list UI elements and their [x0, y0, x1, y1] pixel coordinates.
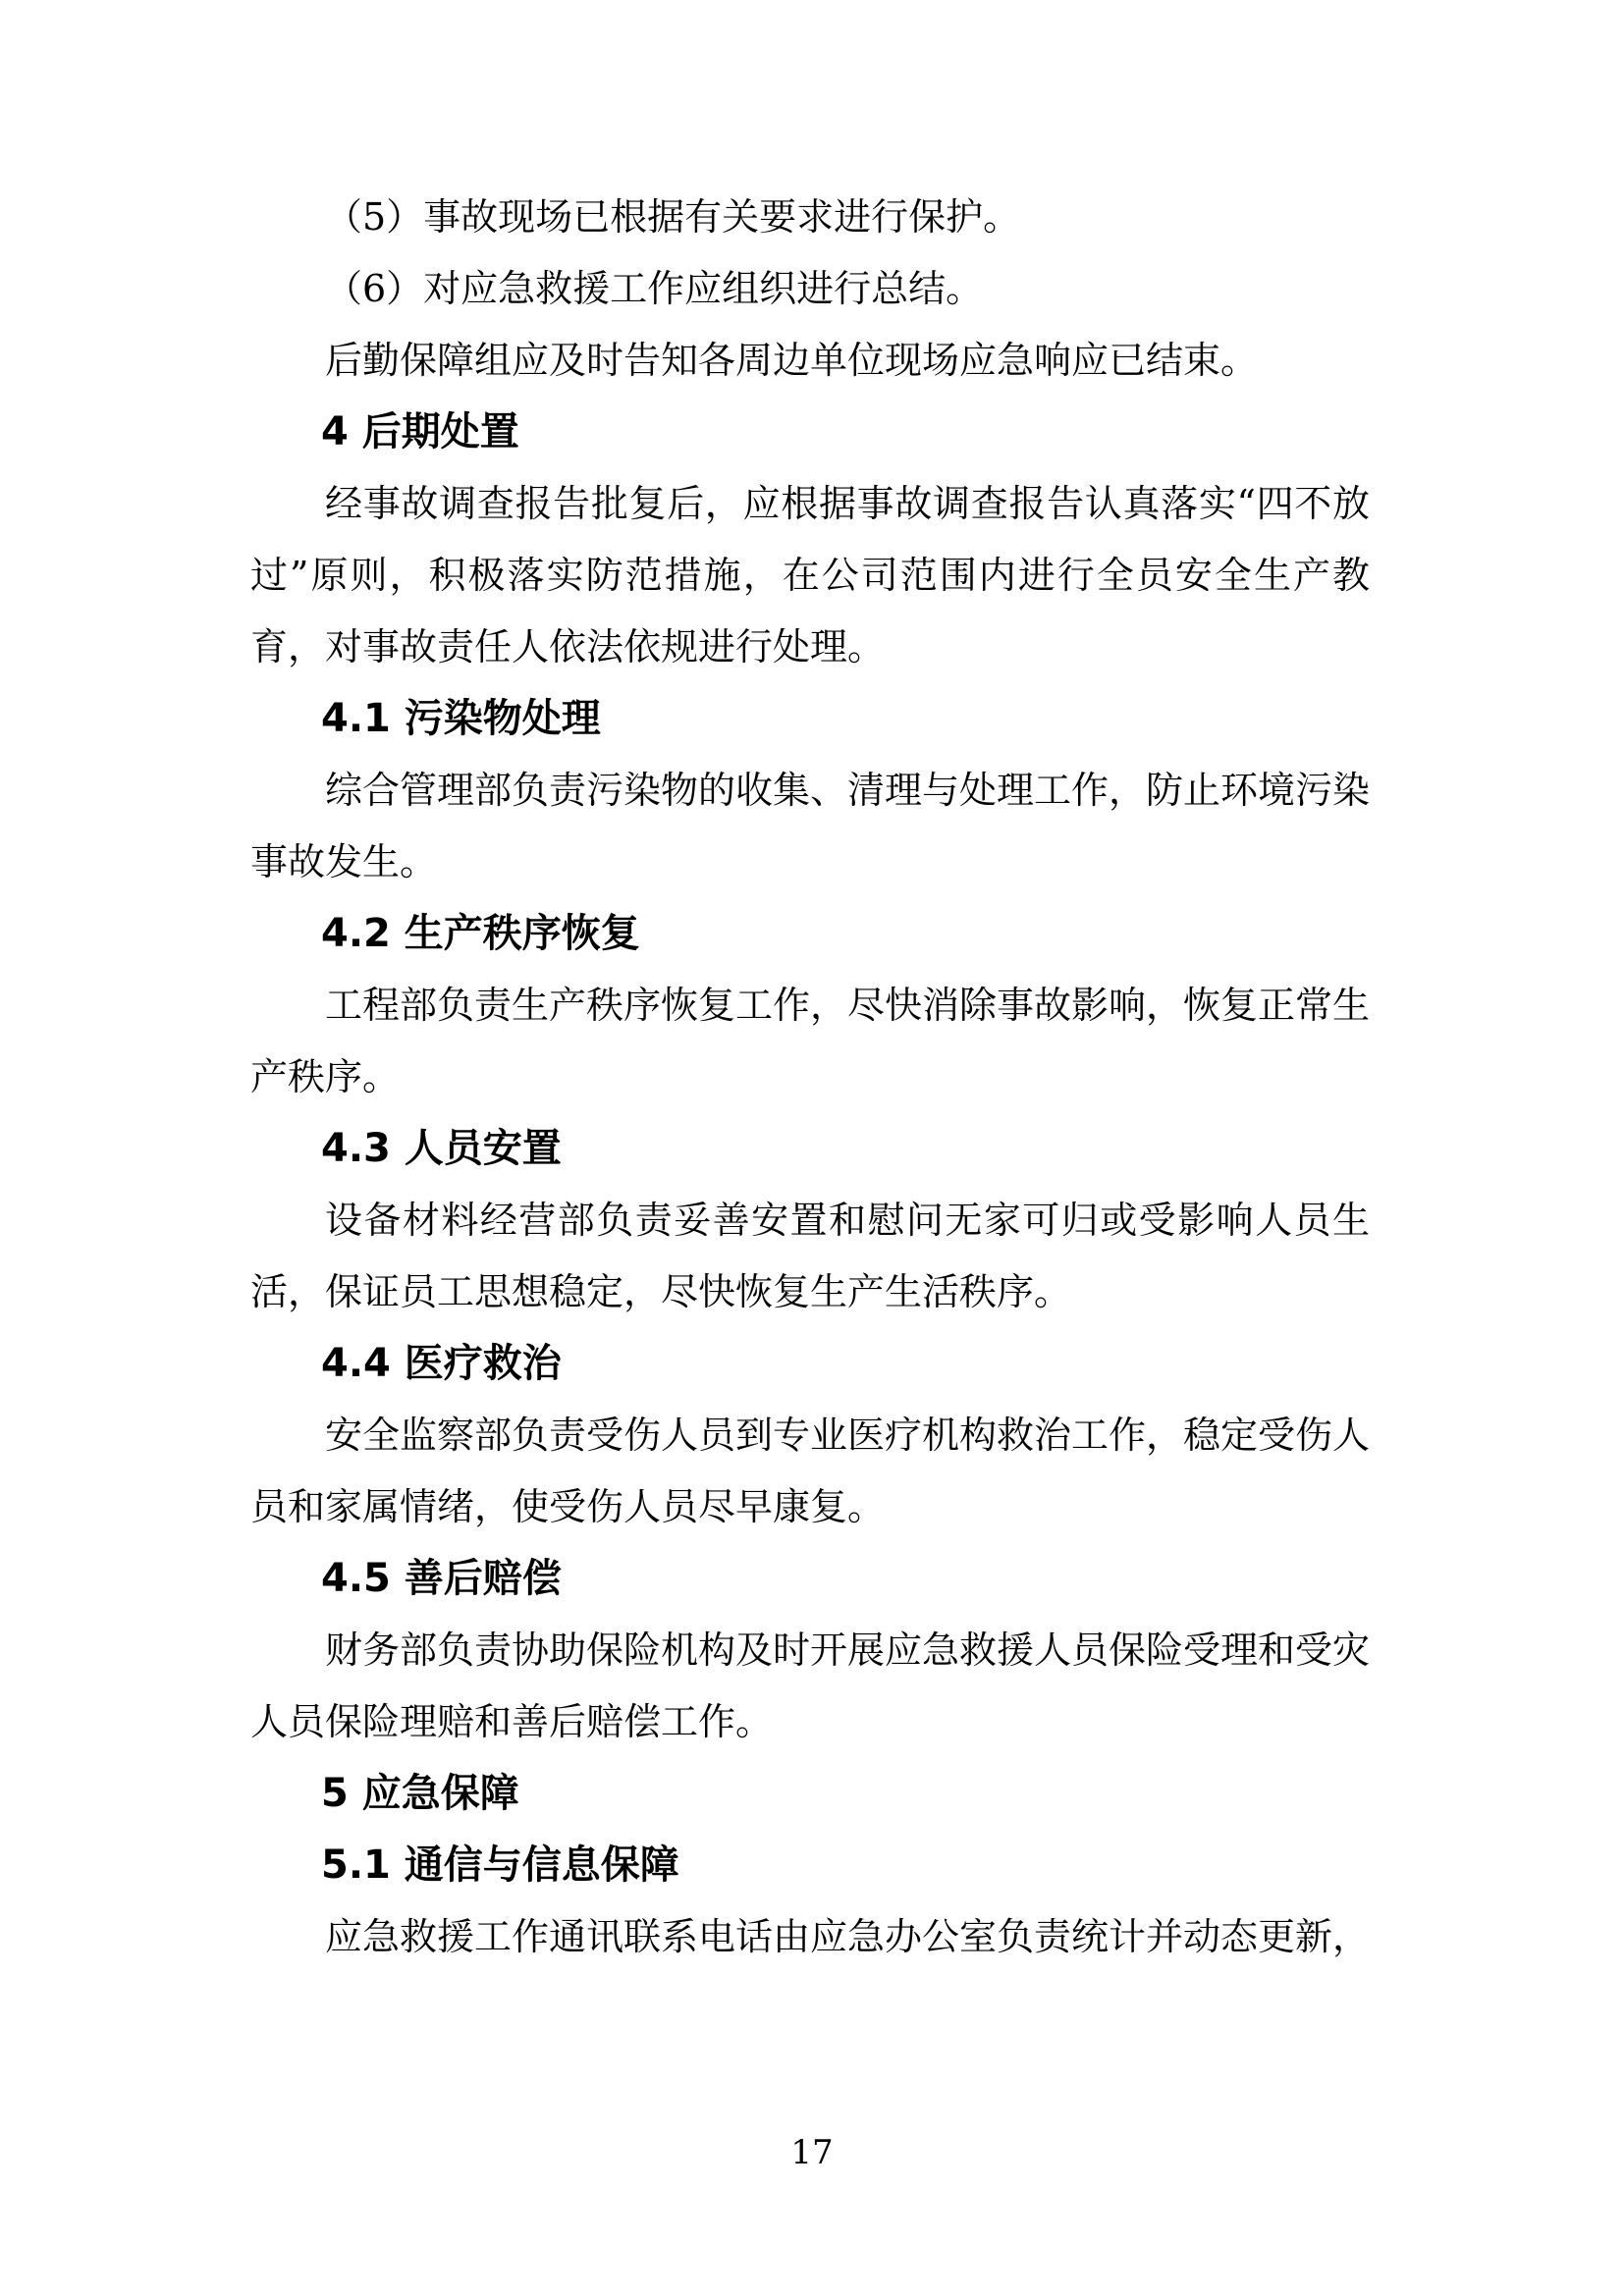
body-paragraph: 后勤保障组应及时告知各周边单位现场应急响应已结束。 — [250, 325, 1370, 397]
body-paragraph: （5）事故现场已根据有关要求进行保护。 — [250, 182, 1370, 253]
body-paragraph: 安全监察部负责受伤人员到专业医疗机构救治工作，稳定受伤人员和家属情绪，使受伤人员… — [250, 1400, 1370, 1543]
body-paragraph: 综合管理部负责污染物的收集、清理与处理工作，防止环境污染事故发生。 — [250, 755, 1370, 898]
section-heading: 4.5 善后赔偿 — [250, 1543, 1370, 1615]
body-paragraph: （6）对应急救援工作应组织进行总结。 — [250, 253, 1370, 325]
section-heading: 4 后期处置 — [250, 397, 1370, 468]
body-paragraph: 应急救援工作通讯联系电话由应急办公室负责统计并动态更新， — [250, 1901, 1370, 1973]
document-page: （5）事故现场已根据有关要求进行保护。（6）对应急救援工作应组织进行总结。后勤保… — [0, 0, 1624, 2296]
body-paragraph: 工程部负责生产秩序恢复工作，尽快消除事故影响，恢复正常生产秩序。 — [250, 970, 1370, 1113]
page-number: 17 — [0, 2118, 1624, 2187]
body-paragraph: 财务部负责协助保险机构及时开展应急救援人员保险受理和受灾人员保险理赔和善后赔偿工… — [250, 1615, 1370, 1758]
document-body: （5）事故现场已根据有关要求进行保护。（6）对应急救援工作应组织进行总结。后勤保… — [250, 182, 1370, 1973]
section-heading: 4.3 人员安置 — [250, 1113, 1370, 1185]
section-heading: 4.4 医疗救治 — [250, 1328, 1370, 1400]
section-heading: 5 应急保障 — [250, 1758, 1370, 1830]
section-heading: 4.1 污染物处理 — [250, 683, 1370, 755]
body-paragraph: 经事故调查报告批复后，应根据事故调查报告认真落实“四不放过”原则，积极落实防范措… — [250, 468, 1370, 683]
body-paragraph: 设备材料经营部负责妥善安置和慰问无家可归或受影响人员生活，保证员工思想稳定，尽快… — [250, 1185, 1370, 1328]
section-heading: 4.2 生产秩序恢复 — [250, 898, 1370, 970]
section-heading: 5.1 通信与信息保障 — [250, 1830, 1370, 1901]
